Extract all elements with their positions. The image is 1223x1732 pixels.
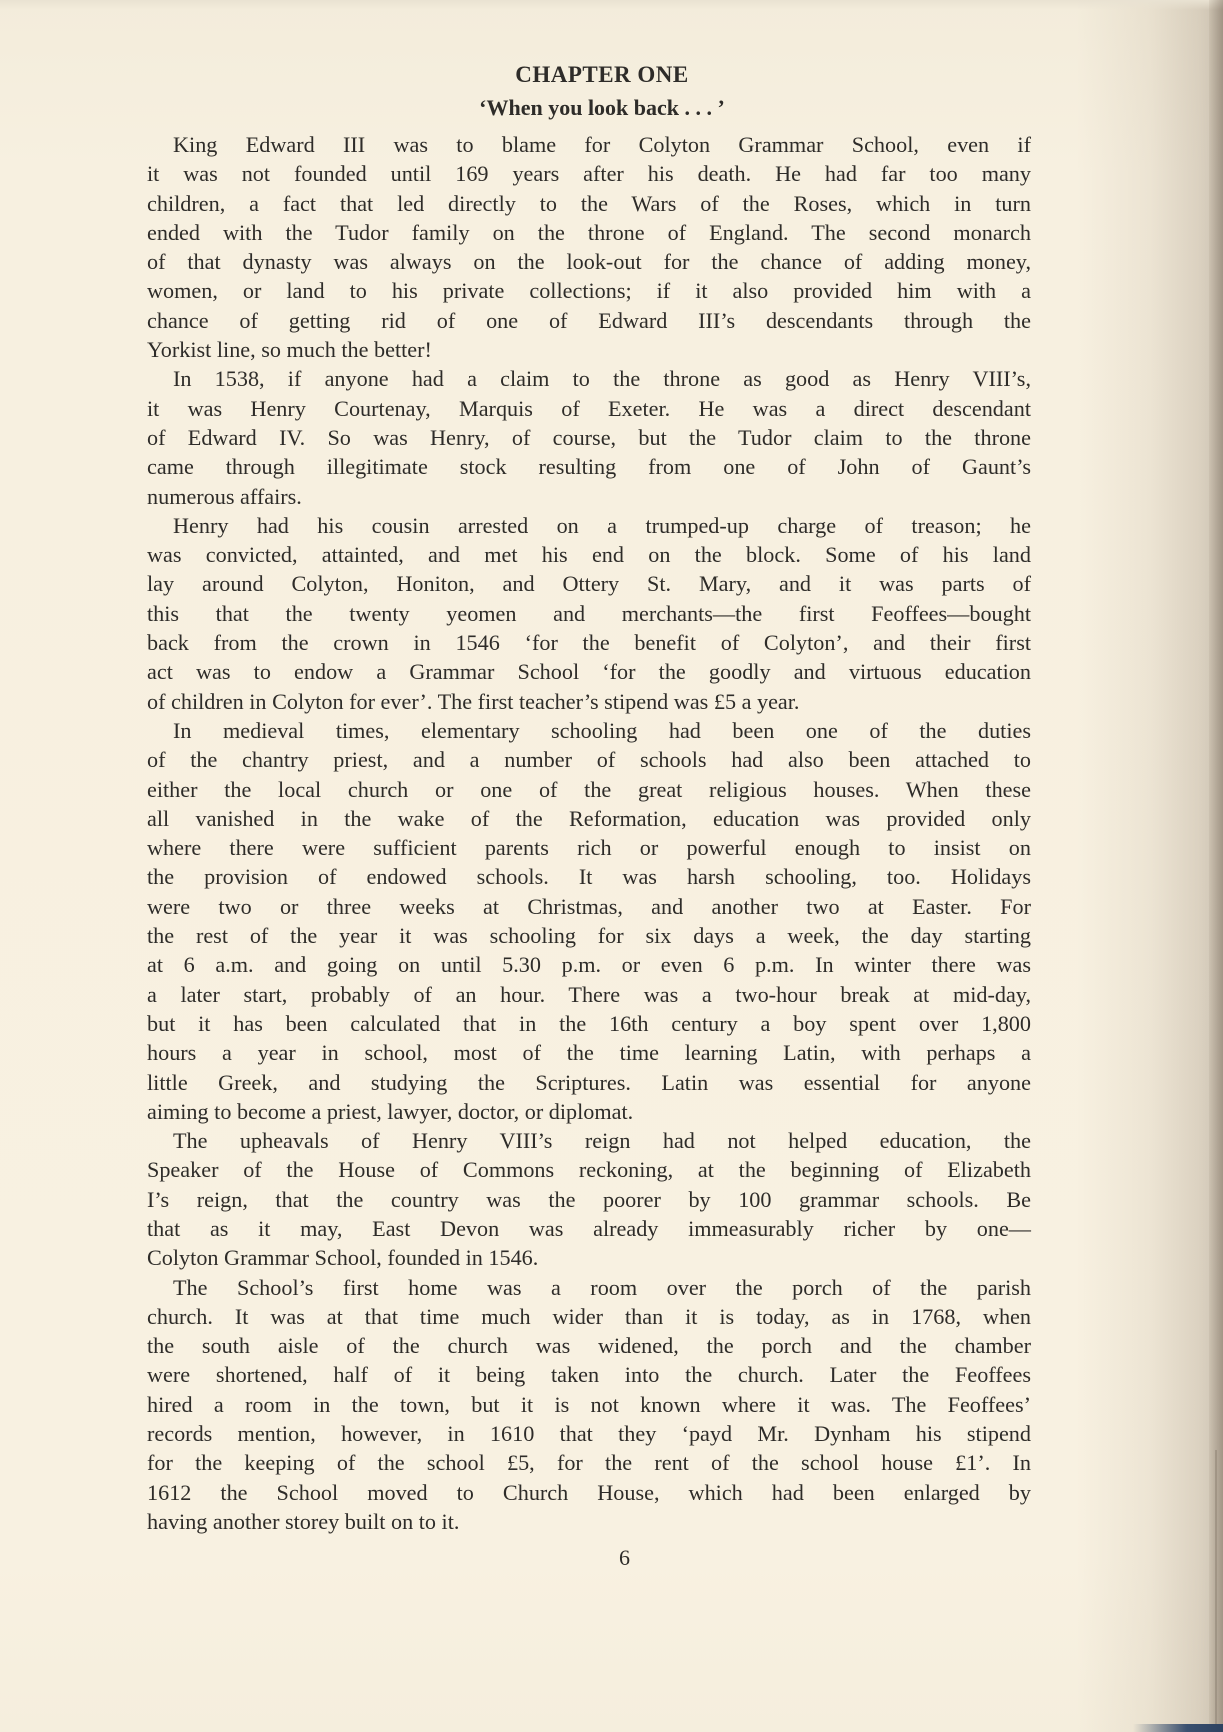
text-line: chance of getting rid of one of Edward I…	[147, 306, 1031, 335]
page-fold-line	[1215, 1450, 1217, 1732]
text-line: In 1538, if anyone had a claim to the th…	[147, 364, 1031, 393]
text-line: hired a room in the town, but it is not …	[147, 1390, 1031, 1419]
text-line: Colyton Grammar School, founded in 1546.	[147, 1243, 1031, 1272]
chapter-title: CHAPTER ONE	[173, 58, 1031, 92]
paragraph: King Edward III was to blame for Colyton…	[147, 130, 1031, 364]
text-line: children, a fact that led directly to th…	[147, 189, 1031, 218]
body-text: King Edward III was to blame for Colyton…	[147, 130, 1031, 1536]
text-line: either the local church or one of the gr…	[147, 775, 1031, 804]
paragraph: Henry had his cousin arrested on a trump…	[147, 511, 1031, 716]
text-line: of Edward IV. So was Henry, of course, b…	[147, 423, 1031, 452]
text-line: of the chantry priest, and a number of s…	[147, 745, 1031, 774]
text-line: aiming to become a priest, lawyer, docto…	[147, 1097, 1031, 1126]
text-line: of children in Colyton for ever’. The fi…	[147, 687, 1031, 716]
page-number: 6	[0, 1545, 1223, 1571]
text-line: the provision of endowed schools. It was…	[147, 862, 1031, 891]
text-line: ended with the Tudor family on the thron…	[147, 218, 1031, 247]
text-line: The School’s first home was a room over …	[147, 1273, 1031, 1302]
text-line: hours a year in school, most of the time…	[147, 1038, 1031, 1067]
text-line: was convicted, attainted, and met his en…	[147, 540, 1031, 569]
text-line: it was Henry Courtenay, Marquis of Exete…	[147, 394, 1031, 423]
text-line: act was to endow a Grammar School ‘for t…	[147, 657, 1031, 686]
text-line: 1612 the School moved to Church House, w…	[147, 1478, 1031, 1507]
text-line: that as it may, East Devon was already i…	[147, 1214, 1031, 1243]
text-line: women, or land to his private collection…	[147, 276, 1031, 305]
paragraph: In medieval times, elementary schooling …	[147, 716, 1031, 1126]
text-line: Yorkist line, so much the better!	[147, 335, 1031, 364]
book-page: CHAPTER ONE ‘When you look back . . . ’ …	[0, 0, 1223, 1732]
text-line: it was not founded until 169 years after…	[147, 159, 1031, 188]
chapter-subtitle: ‘When you look back . . . ’	[173, 92, 1031, 124]
text-line: records mention, however, in 1610 that t…	[147, 1419, 1031, 1448]
text-line: for the keeping of the school £5, for th…	[147, 1448, 1031, 1477]
text-line: numerous affairs.	[147, 482, 1031, 511]
text-line: King Edward III was to blame for Colyton…	[147, 130, 1031, 159]
text-line: were shortened, half of it being taken i…	[147, 1360, 1031, 1389]
text-line: Speaker of the House of Commons reckonin…	[147, 1155, 1031, 1184]
paragraph: In 1538, if anyone had a claim to the th…	[147, 364, 1031, 510]
text-line: the rest of the year it was schooling fo…	[147, 921, 1031, 950]
background-corner	[1133, 1724, 1223, 1732]
text-line: back from the crown in 1546 ‘for the ben…	[147, 628, 1031, 657]
page-top-edge	[0, 0, 1223, 10]
text-line: In medieval times, elementary schooling …	[147, 716, 1031, 745]
text-line: all vanished in the wake of the Reformat…	[147, 804, 1031, 833]
text-line: the south aisle of the church was widene…	[147, 1331, 1031, 1360]
text-line: I’s reign, that the country was the poor…	[147, 1185, 1031, 1214]
text-line: where there were sufficient parents rich…	[147, 833, 1031, 862]
text-line: at 6 a.m. and going on until 5.30 p.m. o…	[147, 950, 1031, 979]
text-line: lay around Colyton, Honiton, and Ottery …	[147, 569, 1031, 598]
text-line: having another storey built on to it.	[147, 1507, 1031, 1536]
text-line: The upheavals of Henry VIII’s reign had …	[147, 1126, 1031, 1155]
text-line: were two or three weeks at Christmas, an…	[147, 892, 1031, 921]
text-line: a later start, probably of an hour. Ther…	[147, 980, 1031, 1009]
text-line: little Greek, and studying the Scripture…	[147, 1068, 1031, 1097]
page-content: CHAPTER ONE ‘When you look back . . . ’ …	[147, 58, 1031, 1536]
paragraph: The School’s first home was a room over …	[147, 1273, 1031, 1537]
text-line: Henry had his cousin arrested on a trump…	[147, 511, 1031, 540]
text-line: but it has been calculated that in the 1…	[147, 1009, 1031, 1038]
text-line: church. It was at that time much wider t…	[147, 1302, 1031, 1331]
text-line: came through illegitimate stock resultin…	[147, 452, 1031, 481]
text-line: this that the twenty yeomen and merchant…	[147, 599, 1031, 628]
paragraph: The upheavals of Henry VIII’s reign had …	[147, 1126, 1031, 1272]
text-line: of that dynasty was always on the look-o…	[147, 247, 1031, 276]
